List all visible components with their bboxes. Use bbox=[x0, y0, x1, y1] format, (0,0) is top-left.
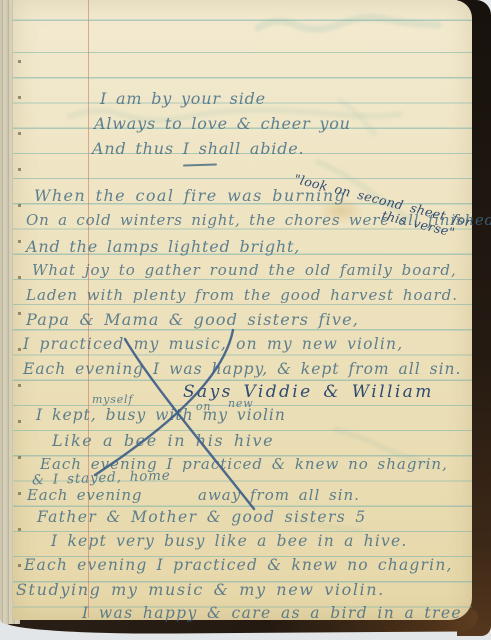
handwritten-line: On a cold winters night, the chores were… bbox=[26, 212, 491, 229]
handwritten-line: Each evening I practiced & knew no chagr… bbox=[24, 557, 453, 574]
handwritten-line: I kept very busy like a bee in a hive. bbox=[51, 533, 407, 550]
handwritten-line: I am by your side bbox=[100, 90, 266, 108]
handwritten-line: Studying my music & my new violin. bbox=[16, 581, 385, 599]
handwriting-layer: I am by your side Always to love & cheer… bbox=[0, 0, 491, 640]
handwritten-line: And thus I shall abide. bbox=[92, 140, 304, 158]
handwritten-line: What joy to gather round the old family … bbox=[32, 262, 457, 279]
margin-annotation: "look on second sheet for this verse" bbox=[289, 172, 473, 243]
underline-mark bbox=[183, 163, 217, 166]
handwritten-line: Father & Mother & good sisters 5 bbox=[37, 509, 367, 526]
handwritten-line: And the lamps lighted bright, bbox=[26, 238, 300, 256]
handwritten-line: Laden with plenty from the good harvest … bbox=[26, 287, 458, 304]
handwritten-line: Always to love & cheer you bbox=[94, 115, 351, 133]
handwritten-line: I was happy & care as a bird in a tree bbox=[82, 605, 462, 622]
notebook-page-photo: I am by your side Always to love & cheer… bbox=[0, 0, 491, 640]
cross-out-x-mark bbox=[80, 323, 275, 523]
